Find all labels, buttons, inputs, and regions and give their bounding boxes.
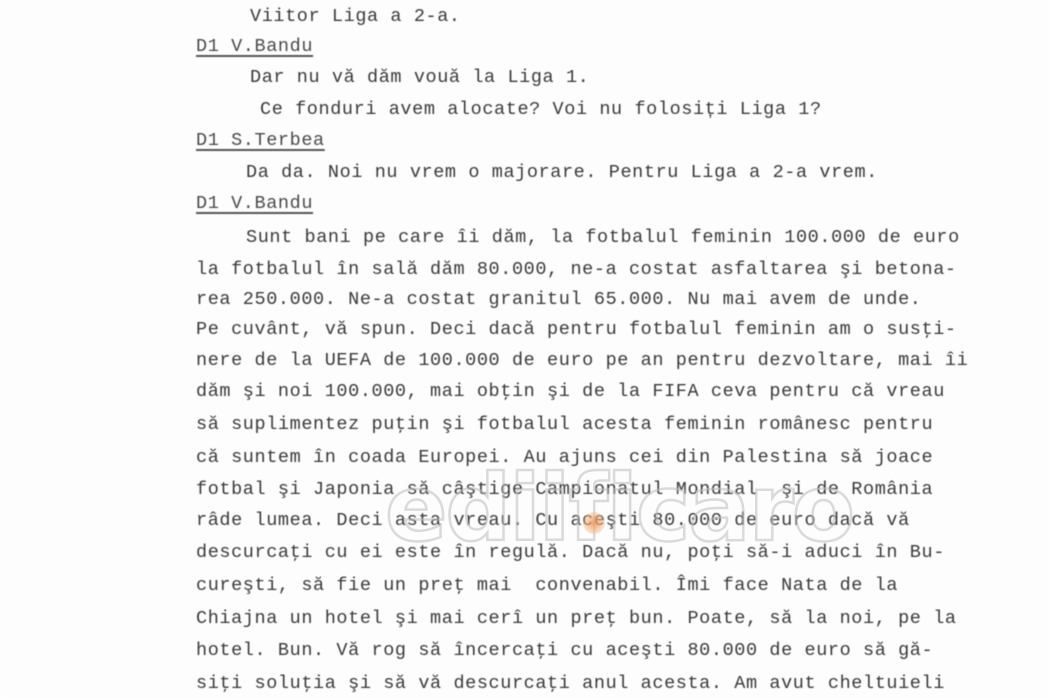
text-line: la fotbalul în sală dăm 80.000, ne-a cos… <box>196 259 957 281</box>
text-line: că suntem în coada Europei. Au ajuns cei… <box>196 447 933 469</box>
text-line: râde lumea. Deci asta vreau. Cu aceşti 8… <box>196 510 910 532</box>
text-line: descurcaţi cu ei este în regulă. Dacă nu… <box>196 542 945 564</box>
speaker-label: D1 V.Bandu <box>196 36 313 58</box>
text-line: să suplimentez puţin şi fotbalul acesta … <box>196 414 933 436</box>
text-line: Sunt bani pe care îi dăm, la fotbalul fe… <box>246 227 960 249</box>
text-line: rea 250.000. Ne-a costat granitul 65.000… <box>196 289 922 311</box>
scanned-document-page: Viitor Liga a 2-a. D1 V.Bandu Dar nu vă … <box>0 0 1050 700</box>
text-line: Ce fonduri avem alocate? Voi nu folosiți… <box>260 99 822 121</box>
text-line: Dar nu vă dăm vouă la Liga 1. <box>250 67 589 89</box>
text-line: fotbal şi Japonia să câştige Campionatul… <box>196 479 933 501</box>
text-line: Viitor Liga a 2-a. <box>250 6 461 28</box>
text-line: Pe cuvânt, vă spun. Deci dacă pentru fot… <box>196 319 957 341</box>
text-line: Chiajna un hotel şi mai cerî un preţ bun… <box>196 608 957 630</box>
text-line: cureşti, să fie un preţ mai convenabil. … <box>196 575 898 597</box>
text-line: Da da. Noi nu vrem o majorare. Pentru Li… <box>246 162 878 184</box>
text-line: hotel. Bun. Vă rog să încercaţi cu aceşt… <box>196 640 933 662</box>
speaker-label: D1 V.Bandu <box>196 193 313 215</box>
text-line: dăm şi noi 100.000, mai obţin şi de la F… <box>196 381 945 403</box>
text-line: nere de la UEFA de 100.000 de euro pe an… <box>196 350 968 372</box>
text-line: siţi soluţia şi să vă descurcaţi anul ac… <box>196 673 945 695</box>
speaker-label: D1 S.Terbea <box>196 130 325 152</box>
